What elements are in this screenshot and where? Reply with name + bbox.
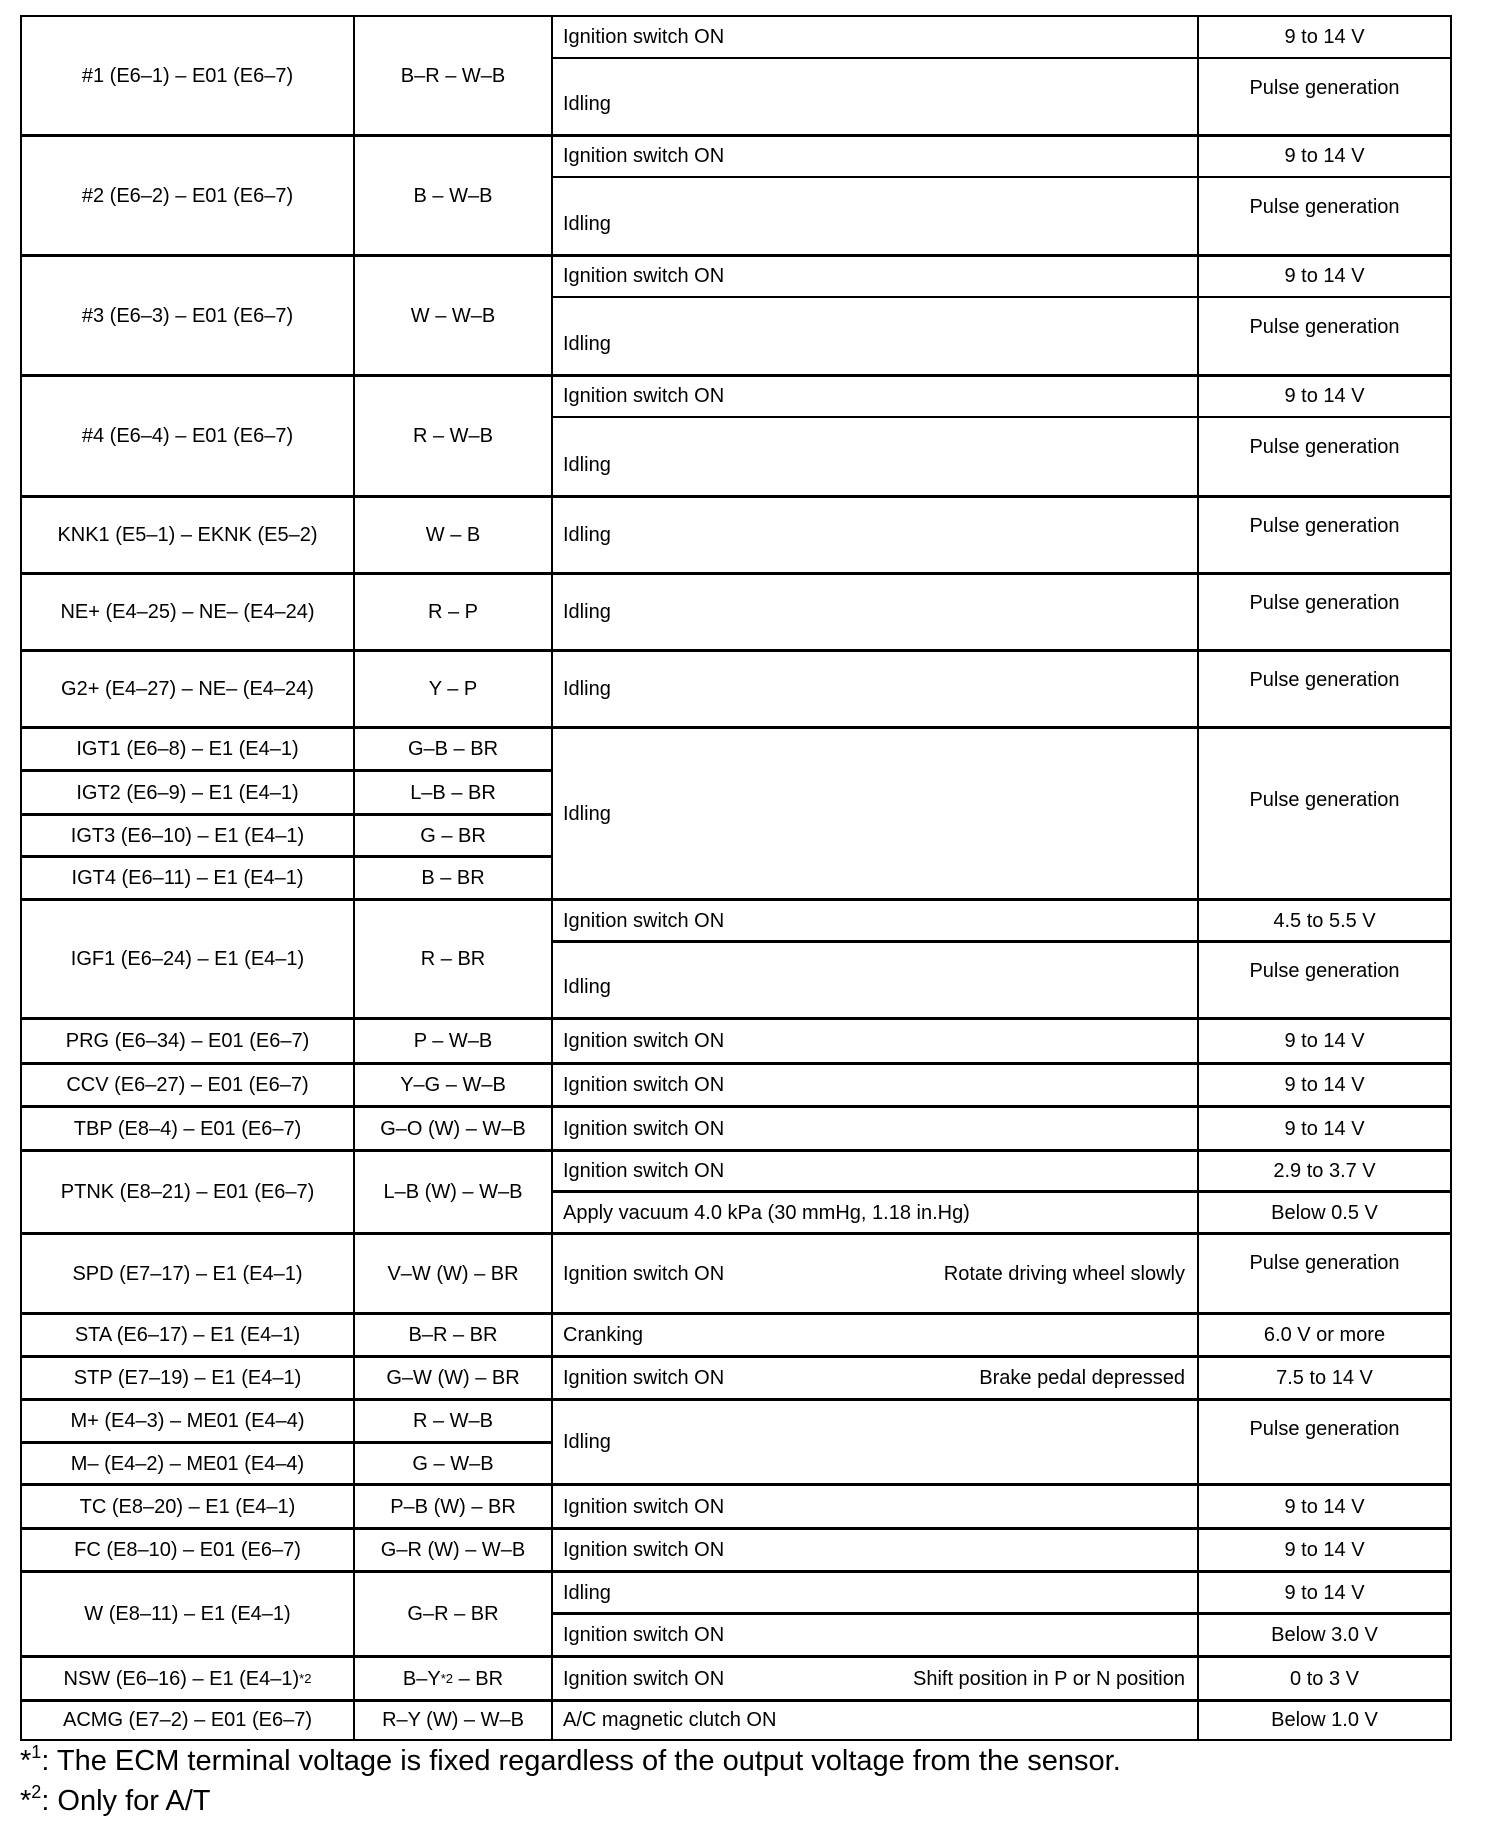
wiring-color-cell: B–R – BR <box>353 1312 553 1358</box>
spec-cell: Pulse generation <box>1197 416 1452 498</box>
wiring-color-cell: G–B – BR <box>353 726 553 772</box>
condition-cell: Apply vacuum 4.0 kPa (30 mmHg, 1.18 in.H… <box>551 1190 1199 1235</box>
terminal-cell: KNK1 (E5–1) – EKNK (E5–2) <box>20 495 355 575</box>
terminal-cell: IGF1 (E6–24) – E1 (E4–1) <box>20 898 355 1020</box>
wiring-color-cell: G–R (W) – W–B <box>353 1527 553 1573</box>
terminal-cell: W (E8–11) – E1 (E4–1) <box>20 1570 355 1658</box>
condition-cell: Ignition switch ONBrake pedal depressed <box>551 1355 1199 1401</box>
terminal-cell: PRG (E6–34) – E01 (E6–7) <box>20 1017 355 1065</box>
spec-cell: 9 to 14 V <box>1197 1527 1452 1573</box>
spec-cell: 2.9 to 3.7 V <box>1197 1149 1452 1193</box>
terminal-cell: PTNK (E8–21) – E01 (E6–7) <box>20 1149 355 1235</box>
spec-cell: 9 to 14 V <box>1197 254 1452 298</box>
terminal-cell: SPD (E7–17) – E1 (E4–1) <box>20 1232 355 1315</box>
spec-cell: Pulse generation <box>1197 1398 1452 1486</box>
wiring-color-cell: V–W (W) – BR <box>353 1232 553 1315</box>
wiring-color-cell: R – W–B <box>353 374 553 498</box>
terminal-cell: IGT3 (E6–10) – E1 (E4–1) <box>20 813 355 858</box>
spec-cell: Below 0.5 V <box>1197 1190 1452 1235</box>
spec-cell: 9 to 14 V <box>1197 134 1452 178</box>
spec-cell: 9 to 14 V <box>1197 374 1452 418</box>
wiring-color-cell: Y–G – W–B <box>353 1062 553 1108</box>
wiring-color-cell: R–Y (W) – W–B <box>353 1699 553 1741</box>
wiring-color-cell: W – W–B <box>353 254 553 377</box>
terminal-cell: TC (E8–20) – E1 (E4–1) <box>20 1483 355 1530</box>
condition-cell: Ignition switch ON <box>551 374 1199 418</box>
condition-cell: Ignition switch ON <box>551 898 1199 943</box>
condition-cell: A/C magnetic clutch ON <box>551 1699 1199 1741</box>
terminal-cell: IGT4 (E6–11) – E1 (E4–1) <box>20 855 355 901</box>
terminal-cell: G2+ (E4–27) – NE– (E4–24) <box>20 649 355 729</box>
terminal-cell: TBP (E8–4) – E01 (E6–7) <box>20 1105 355 1152</box>
condition-cell: Ignition switch ON <box>551 1483 1199 1530</box>
terminal-cell: #4 (E6–4) – E01 (E6–7) <box>20 374 355 498</box>
condition-cell: Ignition switch ONShift position in P or… <box>551 1655 1199 1702</box>
spec-cell: 6.0 V or more <box>1197 1312 1452 1358</box>
condition-cell: Idling <box>551 940 1199 1020</box>
wiring-color-cell: B – W–B <box>353 134 553 257</box>
terminal-cell: M+ (E4–3) – ME01 (E4–4) <box>20 1398 355 1444</box>
terminal-cell: CCV (E6–27) – E01 (E6–7) <box>20 1062 355 1108</box>
spec-cell: Pulse generation <box>1197 296 1452 377</box>
wiring-color-cell: L–B – BR <box>353 769 553 816</box>
terminal-cell: STA (E6–17) – E1 (E4–1) <box>20 1312 355 1358</box>
wiring-color-cell: R – W–B <box>353 1398 553 1444</box>
spec-cell: 9 to 14 V <box>1197 1062 1452 1108</box>
wiring-color-cell: R – BR <box>353 898 553 1020</box>
wiring-color-cell: G–O (W) – W–B <box>353 1105 553 1152</box>
condition-cell: Ignition switch ON <box>551 15 1199 59</box>
condition-cell: Idling <box>551 572 1199 652</box>
terminal-cell: FC (E8–10) – E01 (E6–7) <box>20 1527 355 1573</box>
wiring-color-cell: Y – P <box>353 649 553 729</box>
terminal-cell: #1 (E6–1) – E01 (E6–7) <box>20 15 355 137</box>
spec-cell: 9 to 14 V <box>1197 1570 1452 1615</box>
condition-cell: Ignition switch ON <box>551 1017 1199 1065</box>
spec-cell: Pulse generation <box>1197 1232 1452 1315</box>
condition-cell: Idling <box>551 296 1199 377</box>
condition-cell: Ignition switch ON <box>551 254 1199 298</box>
spec-cell: 9 to 14 V <box>1197 1017 1452 1065</box>
spec-cell: 0 to 3 V <box>1197 1655 1452 1702</box>
spec-cell: Pulse generation <box>1197 940 1452 1020</box>
terminal-cell: STP (E7–19) – E1 (E4–1) <box>20 1355 355 1401</box>
condition-detail: Shift position in P or N position <box>913 1668 1185 1690</box>
spec-cell: Pulse generation <box>1197 495 1452 575</box>
terminal-cell: M– (E4–2) – ME01 (E4–4) <box>20 1441 355 1486</box>
spec-cell: 9 to 14 V <box>1197 15 1452 59</box>
condition-cell: Ignition switch ON <box>551 1527 1199 1573</box>
spec-cell: Pulse generation <box>1197 176 1452 257</box>
condition-cell: Idling <box>551 649 1199 729</box>
condition-cell: Ignition switch ON <box>551 134 1199 178</box>
condition-detail: Rotate driving wheel slowly <box>944 1263 1185 1285</box>
condition-cell: Idling <box>551 416 1199 498</box>
wiring-color-cell: R – P <box>353 572 553 652</box>
condition-cell: Idling <box>551 176 1199 257</box>
condition-cell: Ignition switch ON <box>551 1149 1199 1193</box>
footnote-1: *1: The ECM terminal voltage is fixed re… <box>20 1745 1121 1778</box>
terminal-cell: NE+ (E4–25) – NE– (E4–24) <box>20 572 355 652</box>
condition-cell: Idling <box>551 57 1199 137</box>
condition-cell: Ignition switch ON <box>551 1105 1199 1152</box>
wiring-color-cell: B–Y*2 – BR <box>353 1655 553 1702</box>
footnote-2: *2: Only for A/T <box>20 1785 211 1818</box>
wiring-color-cell: G – W–B <box>353 1441 553 1486</box>
wiring-color-cell: G–R – BR <box>353 1570 553 1658</box>
spec-cell: 9 to 14 V <box>1197 1105 1452 1152</box>
condition-cell: Idling <box>551 1398 1199 1486</box>
condition-cell: Idling <box>551 726 1199 901</box>
condition-detail: Brake pedal depressed <box>979 1367 1185 1389</box>
spec-cell: 7.5 to 14 V <box>1197 1355 1452 1401</box>
wiring-color-cell: B–R – W–B <box>353 15 553 137</box>
spec-cell: Pulse generation <box>1197 57 1452 137</box>
condition-cell: Idling <box>551 1570 1199 1615</box>
spec-cell: Pulse generation <box>1197 726 1452 901</box>
wiring-color-cell: W – B <box>353 495 553 575</box>
spec-cell: 4.5 to 5.5 V <box>1197 898 1452 943</box>
wiring-color-cell: L–B (W) – W–B <box>353 1149 553 1235</box>
terminal-cell: #3 (E6–3) – E01 (E6–7) <box>20 254 355 377</box>
wiring-color-cell: G–W (W) – BR <box>353 1355 553 1401</box>
terminal-cell: ACMG (E7–2) – E01 (E6–7) <box>20 1699 355 1741</box>
wiring-color-cell: B – BR <box>353 855 553 901</box>
terminal-cell: #2 (E6–2) – E01 (E6–7) <box>20 134 355 257</box>
spec-cell: Pulse generation <box>1197 649 1452 729</box>
condition-cell: Idling <box>551 495 1199 575</box>
terminal-cell: NSW (E6–16) – E1 (E4–1)*2 <box>20 1655 355 1702</box>
condition-cell: Cranking <box>551 1312 1199 1358</box>
spec-cell: Pulse generation <box>1197 572 1452 652</box>
wiring-color-cell: G – BR <box>353 813 553 858</box>
spec-cell: Below 1.0 V <box>1197 1699 1452 1741</box>
condition-cell: Ignition switch ON <box>551 1612 1199 1658</box>
condition-cell: Ignition switch ONRotate driving wheel s… <box>551 1232 1199 1315</box>
terminal-cell: IGT1 (E6–8) – E1 (E4–1) <box>20 726 355 772</box>
wiring-color-cell: P–B (W) – BR <box>353 1483 553 1530</box>
spec-cell: 9 to 14 V <box>1197 1483 1452 1530</box>
spec-cell: Below 3.0 V <box>1197 1612 1452 1658</box>
terminal-cell: IGT2 (E6–9) – E1 (E4–1) <box>20 769 355 816</box>
ecm-terminal-voltage-table: #1 (E6–1) – E01 (E6–7) B–R – W–B Ignitio… <box>0 0 1504 1745</box>
condition-cell: Ignition switch ON <box>551 1062 1199 1108</box>
wiring-color-cell: P – W–B <box>353 1017 553 1065</box>
